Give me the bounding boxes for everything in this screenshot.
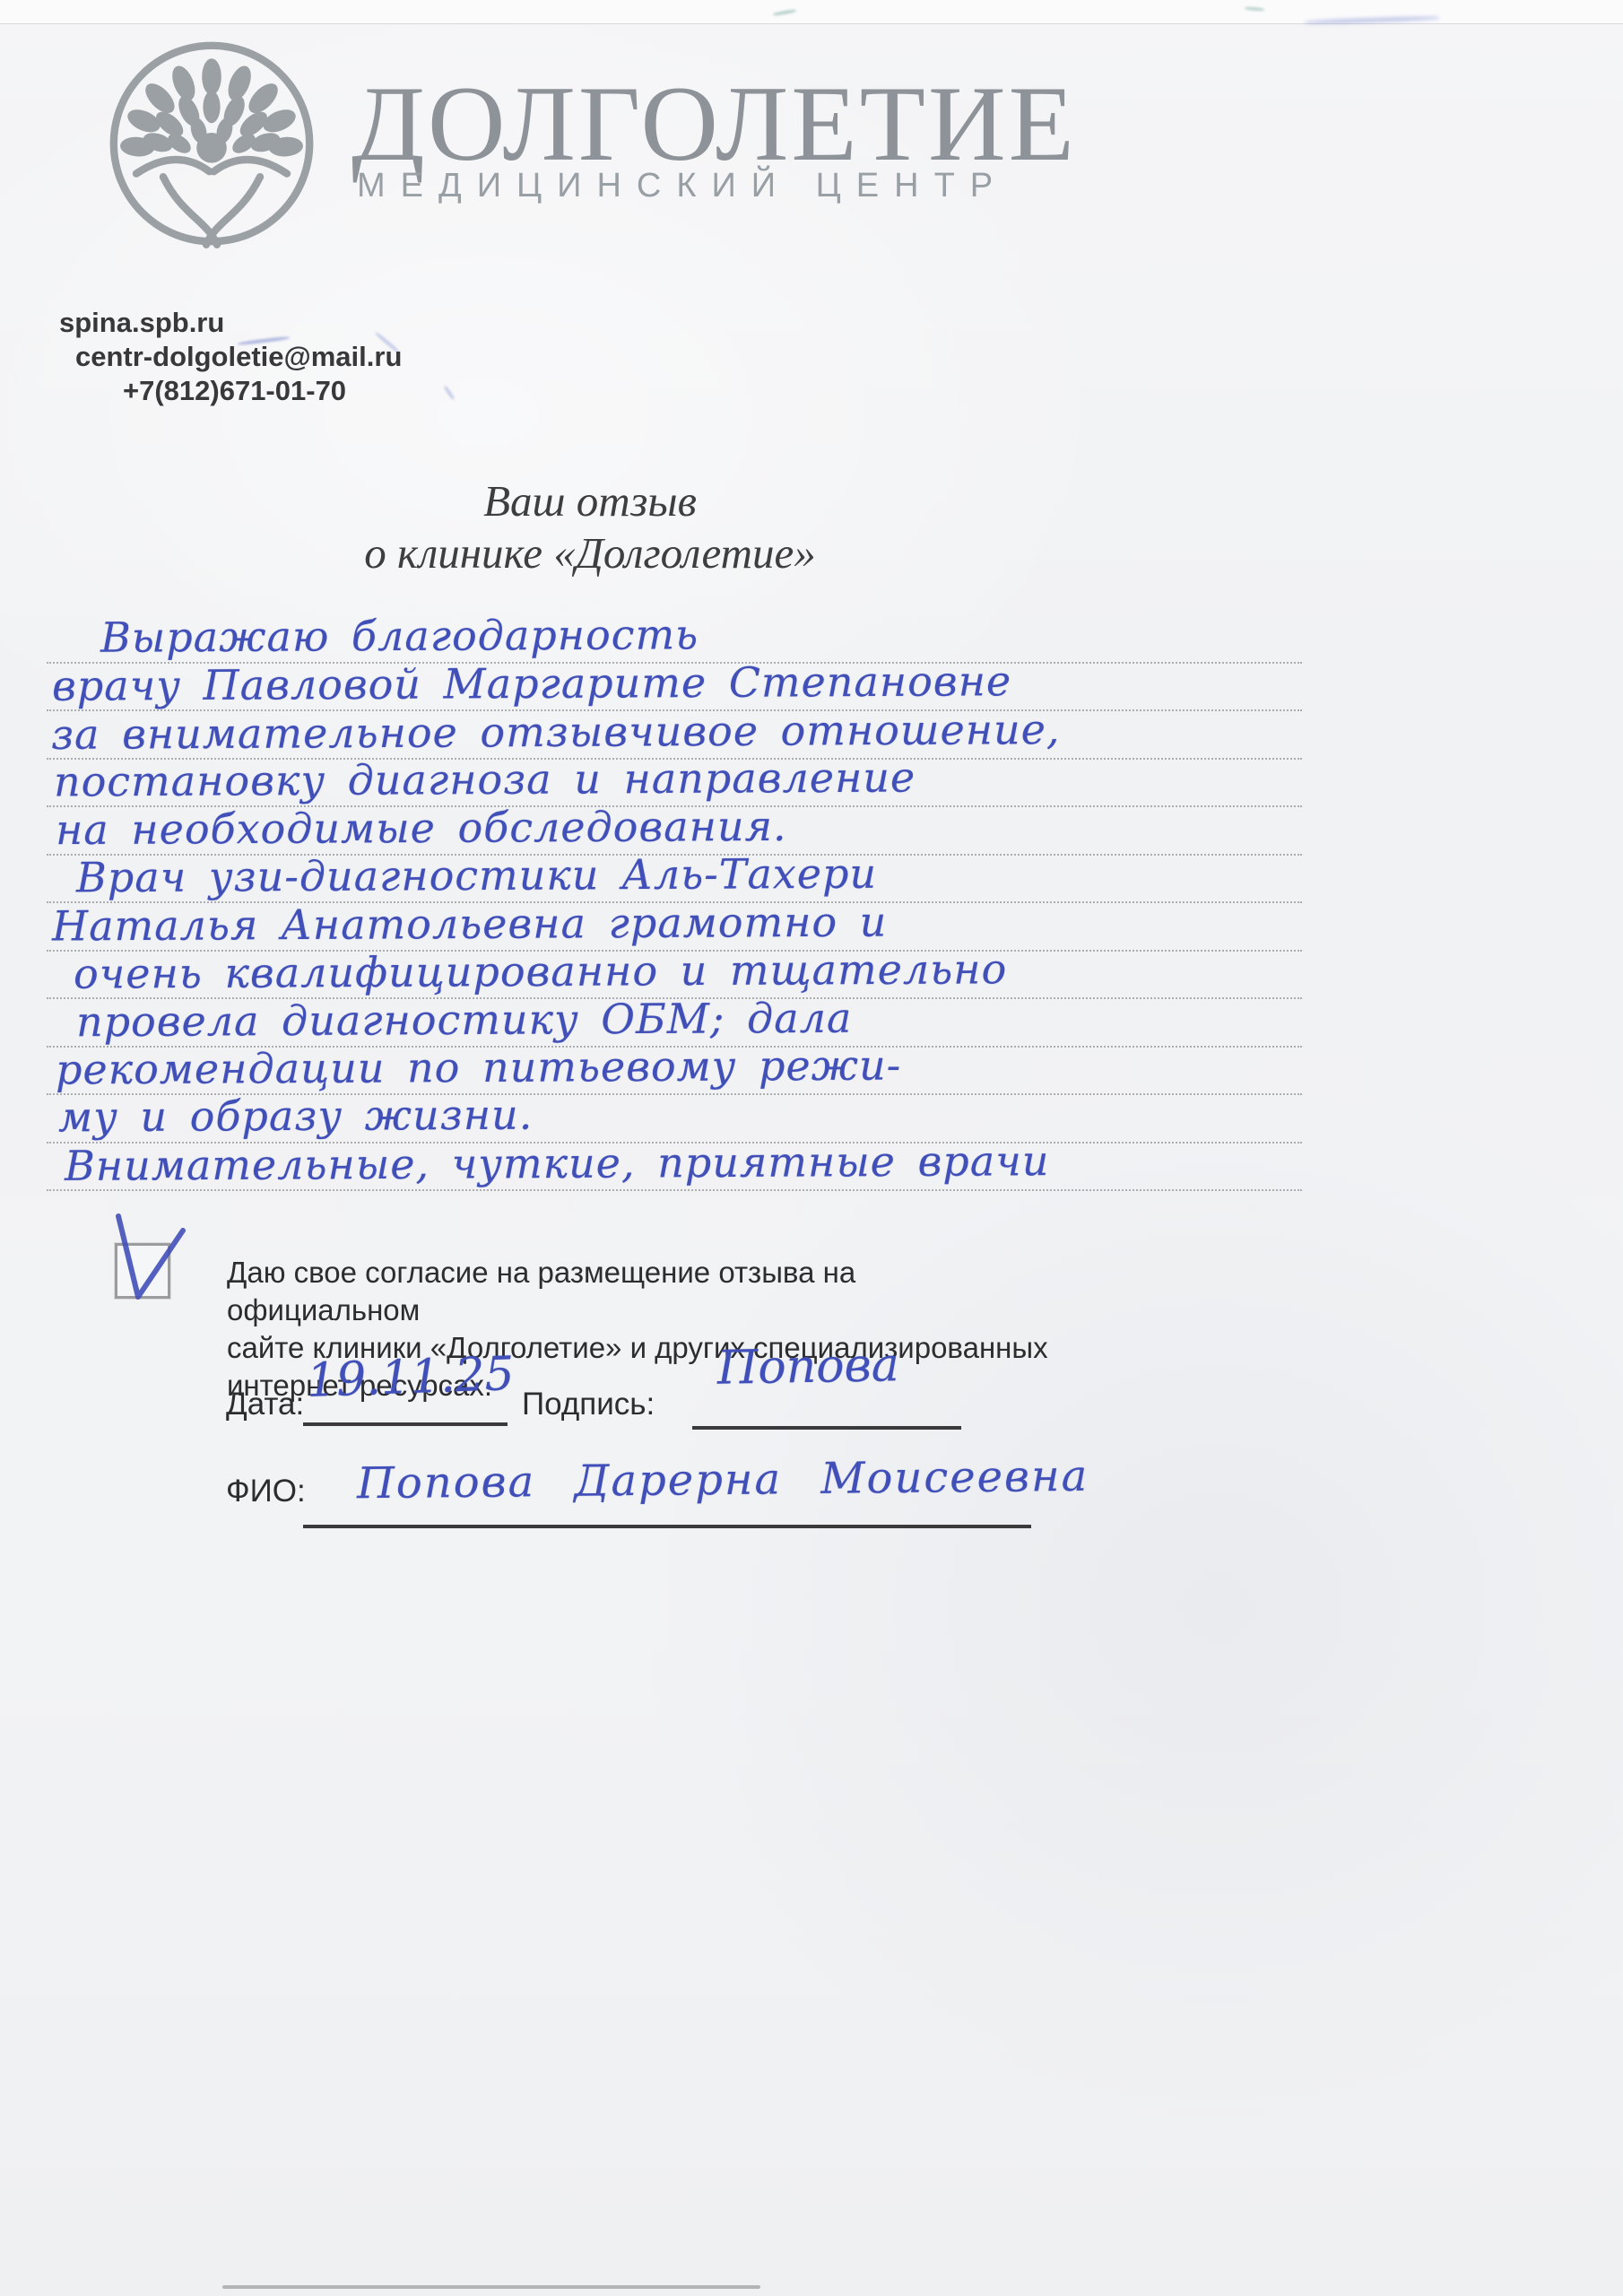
- scanned-feedback-form: ДОЛГОЛЕТИЕ МЕДИЦИНСКИЙ ЦЕНТР spina.spb.r…: [0, 0, 1623, 2296]
- form-title: Ваш отзыв о клинике «Долголетие»: [231, 475, 949, 579]
- contact-phone: +7(812)671-01-70: [123, 377, 346, 404]
- date-label: Дата:: [226, 1388, 304, 1420]
- brand-subtitle: МЕДИЦИНСКИЙ ЦЕНТР: [357, 169, 1056, 203]
- handwritten-review-line: Внимательные, чуткие, приятные врачи: [65, 1140, 1050, 1187]
- handwritten-review-line: рекомендации по питьевому режи-: [56, 1045, 901, 1091]
- handwritten-review-line: му и образу жизни.: [58, 1094, 534, 1138]
- date-field-line[interactable]: [303, 1422, 508, 1426]
- handwritten-date: 19.11.25: [306, 1347, 516, 1408]
- brand-wordmark: ДОЛГОЛЕТИЕ: [352, 70, 1069, 178]
- handwritten-name: Попова Дарерна Моисеевна: [357, 1451, 1089, 1509]
- handwritten-review-line: Наталья Анатольевна грамотно и: [52, 901, 888, 947]
- handwritten-review-line: врачу Павловой Маргарите Степановне: [52, 660, 1011, 707]
- signature-label: Подпись:: [522, 1388, 655, 1420]
- handwritten-review-line: Врач узи-диагностики Аль-Тахери: [76, 853, 877, 899]
- name-field-line[interactable]: [303, 1525, 1031, 1528]
- handwritten-signature: Попова: [716, 1338, 899, 1396]
- handwritten-review-line: постановку диагноза и направление: [54, 756, 916, 802]
- writing-rule-line: [47, 1189, 1302, 1191]
- ink-smudge: [443, 385, 456, 400]
- handwritten-review-line: очень квалифицированно и тщательно: [74, 948, 1007, 994]
- name-label: ФИО:: [226, 1475, 306, 1507]
- contact-email: centr-dolgoletie@mail.ru: [75, 343, 402, 370]
- handwritten-review-line: на необходимые обследования.: [56, 805, 787, 850]
- contact-website: spina.spb.ru: [59, 309, 224, 336]
- handwritten-review-line: за внимательное отзывчивое отношение,: [51, 709, 1061, 755]
- handwritten-review-line: провела диагностику ОБМ; дала: [76, 997, 853, 1043]
- scan-bottom-edge-artifact: [222, 2285, 760, 2289]
- consent-statement-line1: Даю свое согласие на размещение отзыва н…: [227, 1254, 1052, 1329]
- signature-field-line[interactable]: [692, 1426, 961, 1430]
- handwritten-review-line: Выражаю благодарность: [100, 613, 699, 657]
- check-icon: [104, 1211, 194, 1309]
- clinic-tree-logo-icon: [104, 36, 319, 251]
- form-title-line2: о клинике «Долголетие»: [231, 527, 949, 579]
- form-title-line1: Ваш отзыв: [231, 475, 949, 527]
